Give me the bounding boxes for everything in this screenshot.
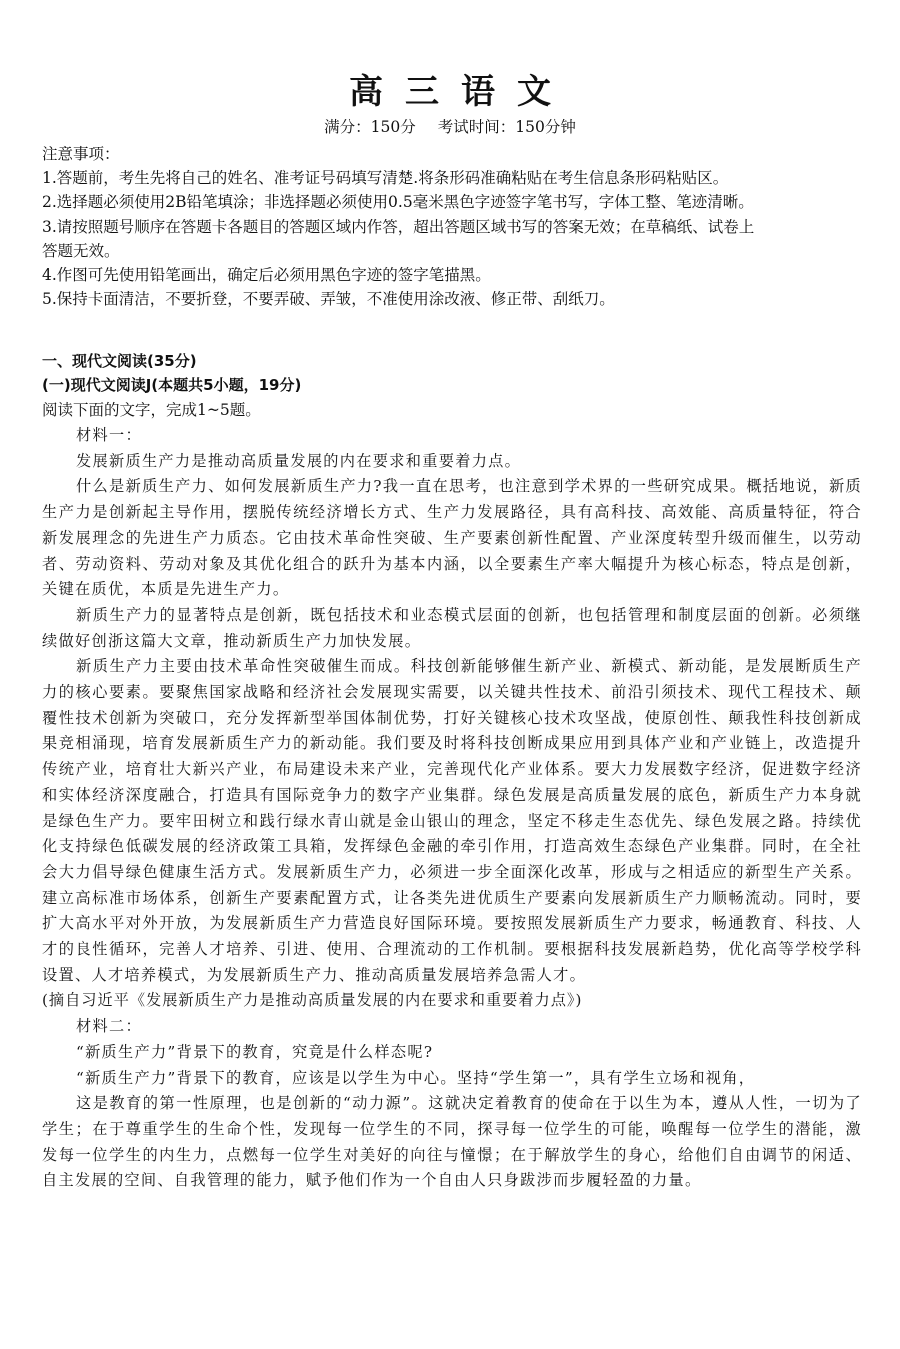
note-item: 3.请按照题号顺序在答题卡各题目的答题区域内作答，超出答题区域书写的答案无效；在…: [42, 215, 872, 239]
material-two-label: 材料二：: [42, 1014, 862, 1040]
paragraph: 新质生产力主要由技术革命性突破催生而成。科技创新能够催生新产业、新模式、新动能，…: [42, 654, 862, 988]
section-instruction: 阅读下面的文字，完成1~5题。: [42, 398, 872, 422]
section-subheading: (一)现代文阅读J(本题共5小题，19分): [42, 373, 872, 397]
source-citation: (摘自习近平《发展新质生产力是推动高质量发展的内在要求和重要着力点》): [42, 988, 862, 1014]
paragraph: “新质生产力”背景下的教育，应该是以学生为中心。坚持“学生第一”，具有学生立场和…: [42, 1066, 862, 1092]
exam-time: 考试时间：150分钟: [438, 118, 576, 136]
page-title: 高三语文: [0, 72, 900, 112]
exam-info: 满分：150分考试时间：150分钟: [0, 117, 900, 137]
paragraph: 发展新质生产力是推动高质量发展的内在要求和重要着力点。: [42, 449, 862, 475]
note-item: 5.保持卡面清洁，不要折登，不要弄破、弄皱，不准使用涂改液、修正带、刮纸刀。: [42, 287, 872, 311]
notes-heading: 注意事项：: [42, 142, 872, 166]
note-item: 答题无效。: [42, 239, 872, 263]
paragraph: 什么是新质生产力、如何发展新质生产力?我一直在思考，也注意到学术界的一些研究成果…: [42, 474, 862, 603]
reading-passage: 材料一： 发展新质生产力是推动高质量发展的内在要求和重要着力点。 什么是新质生产…: [42, 423, 862, 1194]
notes-section: 注意事项： 1.答题前，考生先将自己的姓名、准考证号码填写清楚.将条形码准确粘贴…: [42, 142, 872, 311]
paragraph: 这是教育的第一性原理，也是创新的“动力源”。这就决定着教育的使命在于以生为本，遵…: [42, 1091, 862, 1194]
paragraph: “新质生产力”背景下的教育，究竟是什么样态呢?: [42, 1040, 862, 1066]
material-one-label: 材料一：: [42, 423, 862, 449]
full-score: 满分：150分: [324, 118, 416, 136]
note-item: 2.选择题必须使用2B铅笔填涂；非选择题必须使用0.5毫米黑色字迹签字笔书写，字…: [42, 190, 872, 214]
note-item: 4.作图可先使用铅笔画出，确定后必须用黑色字迹的签字笔描黑。: [42, 263, 872, 287]
note-item: 1.答题前，考生先将自己的姓名、准考证号码填写清楚.将条形码准确粘贴在考生信息条…: [42, 166, 872, 190]
paragraph: 新质生产力的显著特点是创新，既包括技术和业态模式层面的创新，也包括管理和制度层面…: [42, 603, 862, 654]
section-heading: 一、现代文阅读(35分): [42, 349, 872, 373]
